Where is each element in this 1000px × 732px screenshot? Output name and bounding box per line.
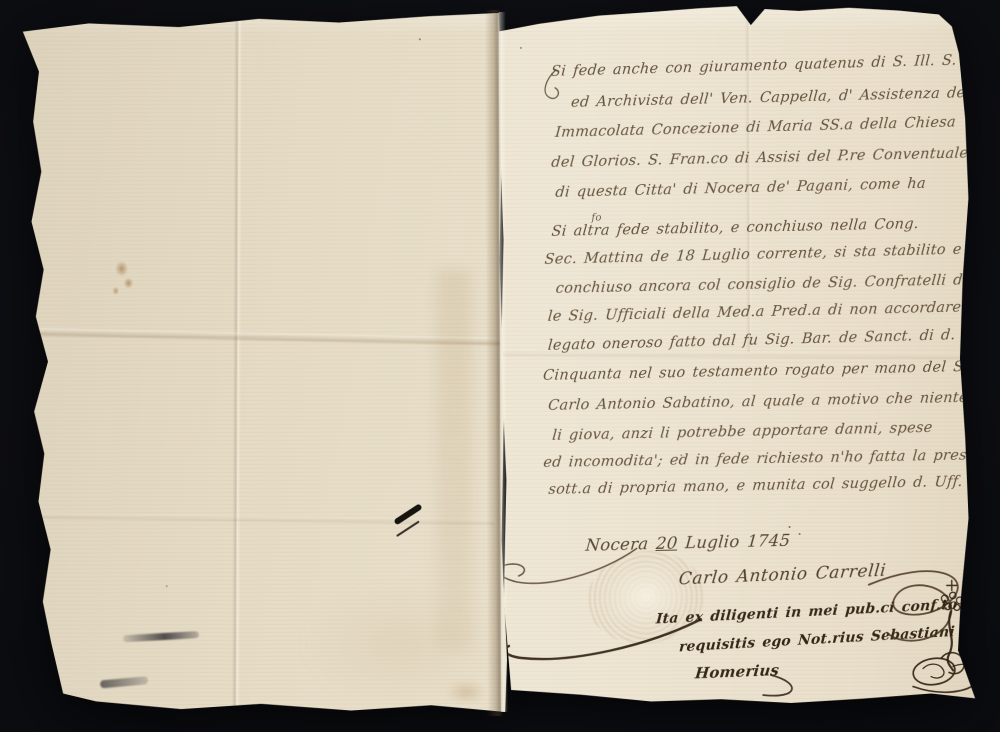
manuscript-line: legato oneroso fatto dal fu Sig. Bar. de… xyxy=(547,327,956,354)
brown-stain xyxy=(439,676,493,708)
manuscript-bifolium: Si fede anche con giuramento quatenus di… xyxy=(0,0,1000,732)
notary-subscription: Homerius xyxy=(694,661,780,682)
manuscript-line: Carlo Antonio Sabatino, al quale a motiv… xyxy=(547,390,968,414)
water-stain xyxy=(301,560,501,701)
manuscript-line: le Sig. Ufficiali della Med.a Pred.a di … xyxy=(547,299,979,325)
paper-specks xyxy=(0,2,1,4)
manuscript-line: Si altra fede stabilito, e conchiuso nel… xyxy=(551,216,920,240)
notarial-line: requisitis ego Not.rius Sebastiani eadem xyxy=(678,621,1000,656)
manuscript-line: conchiuso ancora col consiglio de Sig. C… xyxy=(555,272,977,297)
notarial-line: Ita ex diligenti in mei pub.ci conf.to d… xyxy=(655,592,1000,628)
dateline-month-year: Luglio 1745 xyxy=(684,531,791,553)
signature: Carlo Antonio Carrelli xyxy=(678,561,887,590)
manuscript-line: di questa Citta' di Nocera de' Pagani, c… xyxy=(555,176,927,201)
ink-smudge xyxy=(100,676,149,688)
dateline: Nocera 20 Luglio 1745 xyxy=(585,531,791,555)
dateline-day: 20 xyxy=(655,533,678,553)
manuscript-line: Si fede anche con giuramento quatenus di… xyxy=(550,50,1000,80)
manuscript-line: ed Archivista dell' Ven. Cappella, d' As… xyxy=(570,85,980,111)
horizontal-fold-crease xyxy=(37,513,495,526)
discoloration-band xyxy=(436,270,473,650)
manuscript-line: ed incomodita'; ed in fede richiesto n'h… xyxy=(543,447,1000,471)
photograph-of-manuscript: Si fede anche con giuramento quatenus di… xyxy=(0,0,1000,732)
manuscript-line: sott.a di propria mano, e munita col sug… xyxy=(548,474,964,498)
manuscript-line: Immacolata Concezione di Maria SS.a dell… xyxy=(555,114,957,141)
manuscript-line: Sec. Mattina de 18 Luglio corrente, si s… xyxy=(544,242,962,268)
embossed-seal-impression xyxy=(581,544,711,652)
horizontal-fold-crease xyxy=(30,328,500,347)
manuscript-line: del Glorios. S. Fran.co di Assisi del P.… xyxy=(551,145,969,170)
notary-paraph xyxy=(911,656,977,693)
ink-smudge xyxy=(123,631,199,642)
manuscript-line: li giova, anzi li potrebbe apportare dan… xyxy=(552,420,934,444)
dateline-place: Nocera xyxy=(585,534,649,555)
foxing-stain xyxy=(104,255,144,303)
manuscript-line: Cinquanta nel suo testamento rogato per … xyxy=(542,359,983,384)
ink-stroke-mark xyxy=(393,503,422,525)
vertical-fold-crease xyxy=(232,17,242,711)
